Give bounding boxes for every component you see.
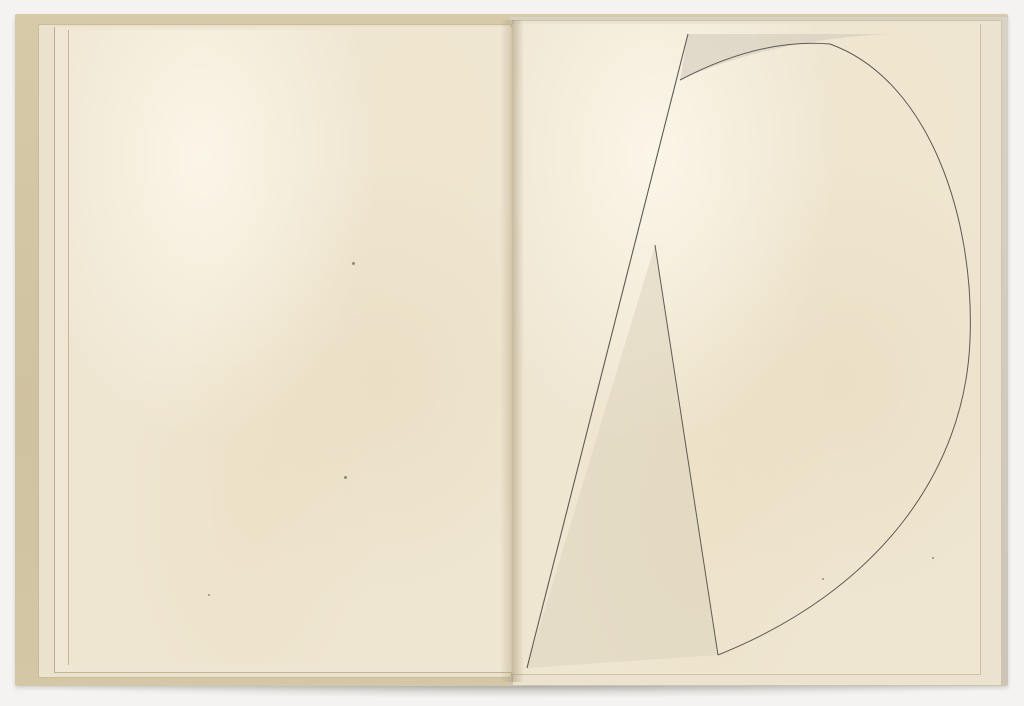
pencil-drawing (0, 0, 1024, 706)
paper-speck (352, 262, 355, 265)
shaded-triangle (527, 245, 718, 668)
paper-speck (932, 557, 934, 559)
arc-line (680, 43, 970, 655)
paper-speck (208, 594, 210, 596)
scene (0, 0, 1024, 706)
paper-speck (344, 476, 347, 479)
paper-speck (822, 578, 824, 580)
